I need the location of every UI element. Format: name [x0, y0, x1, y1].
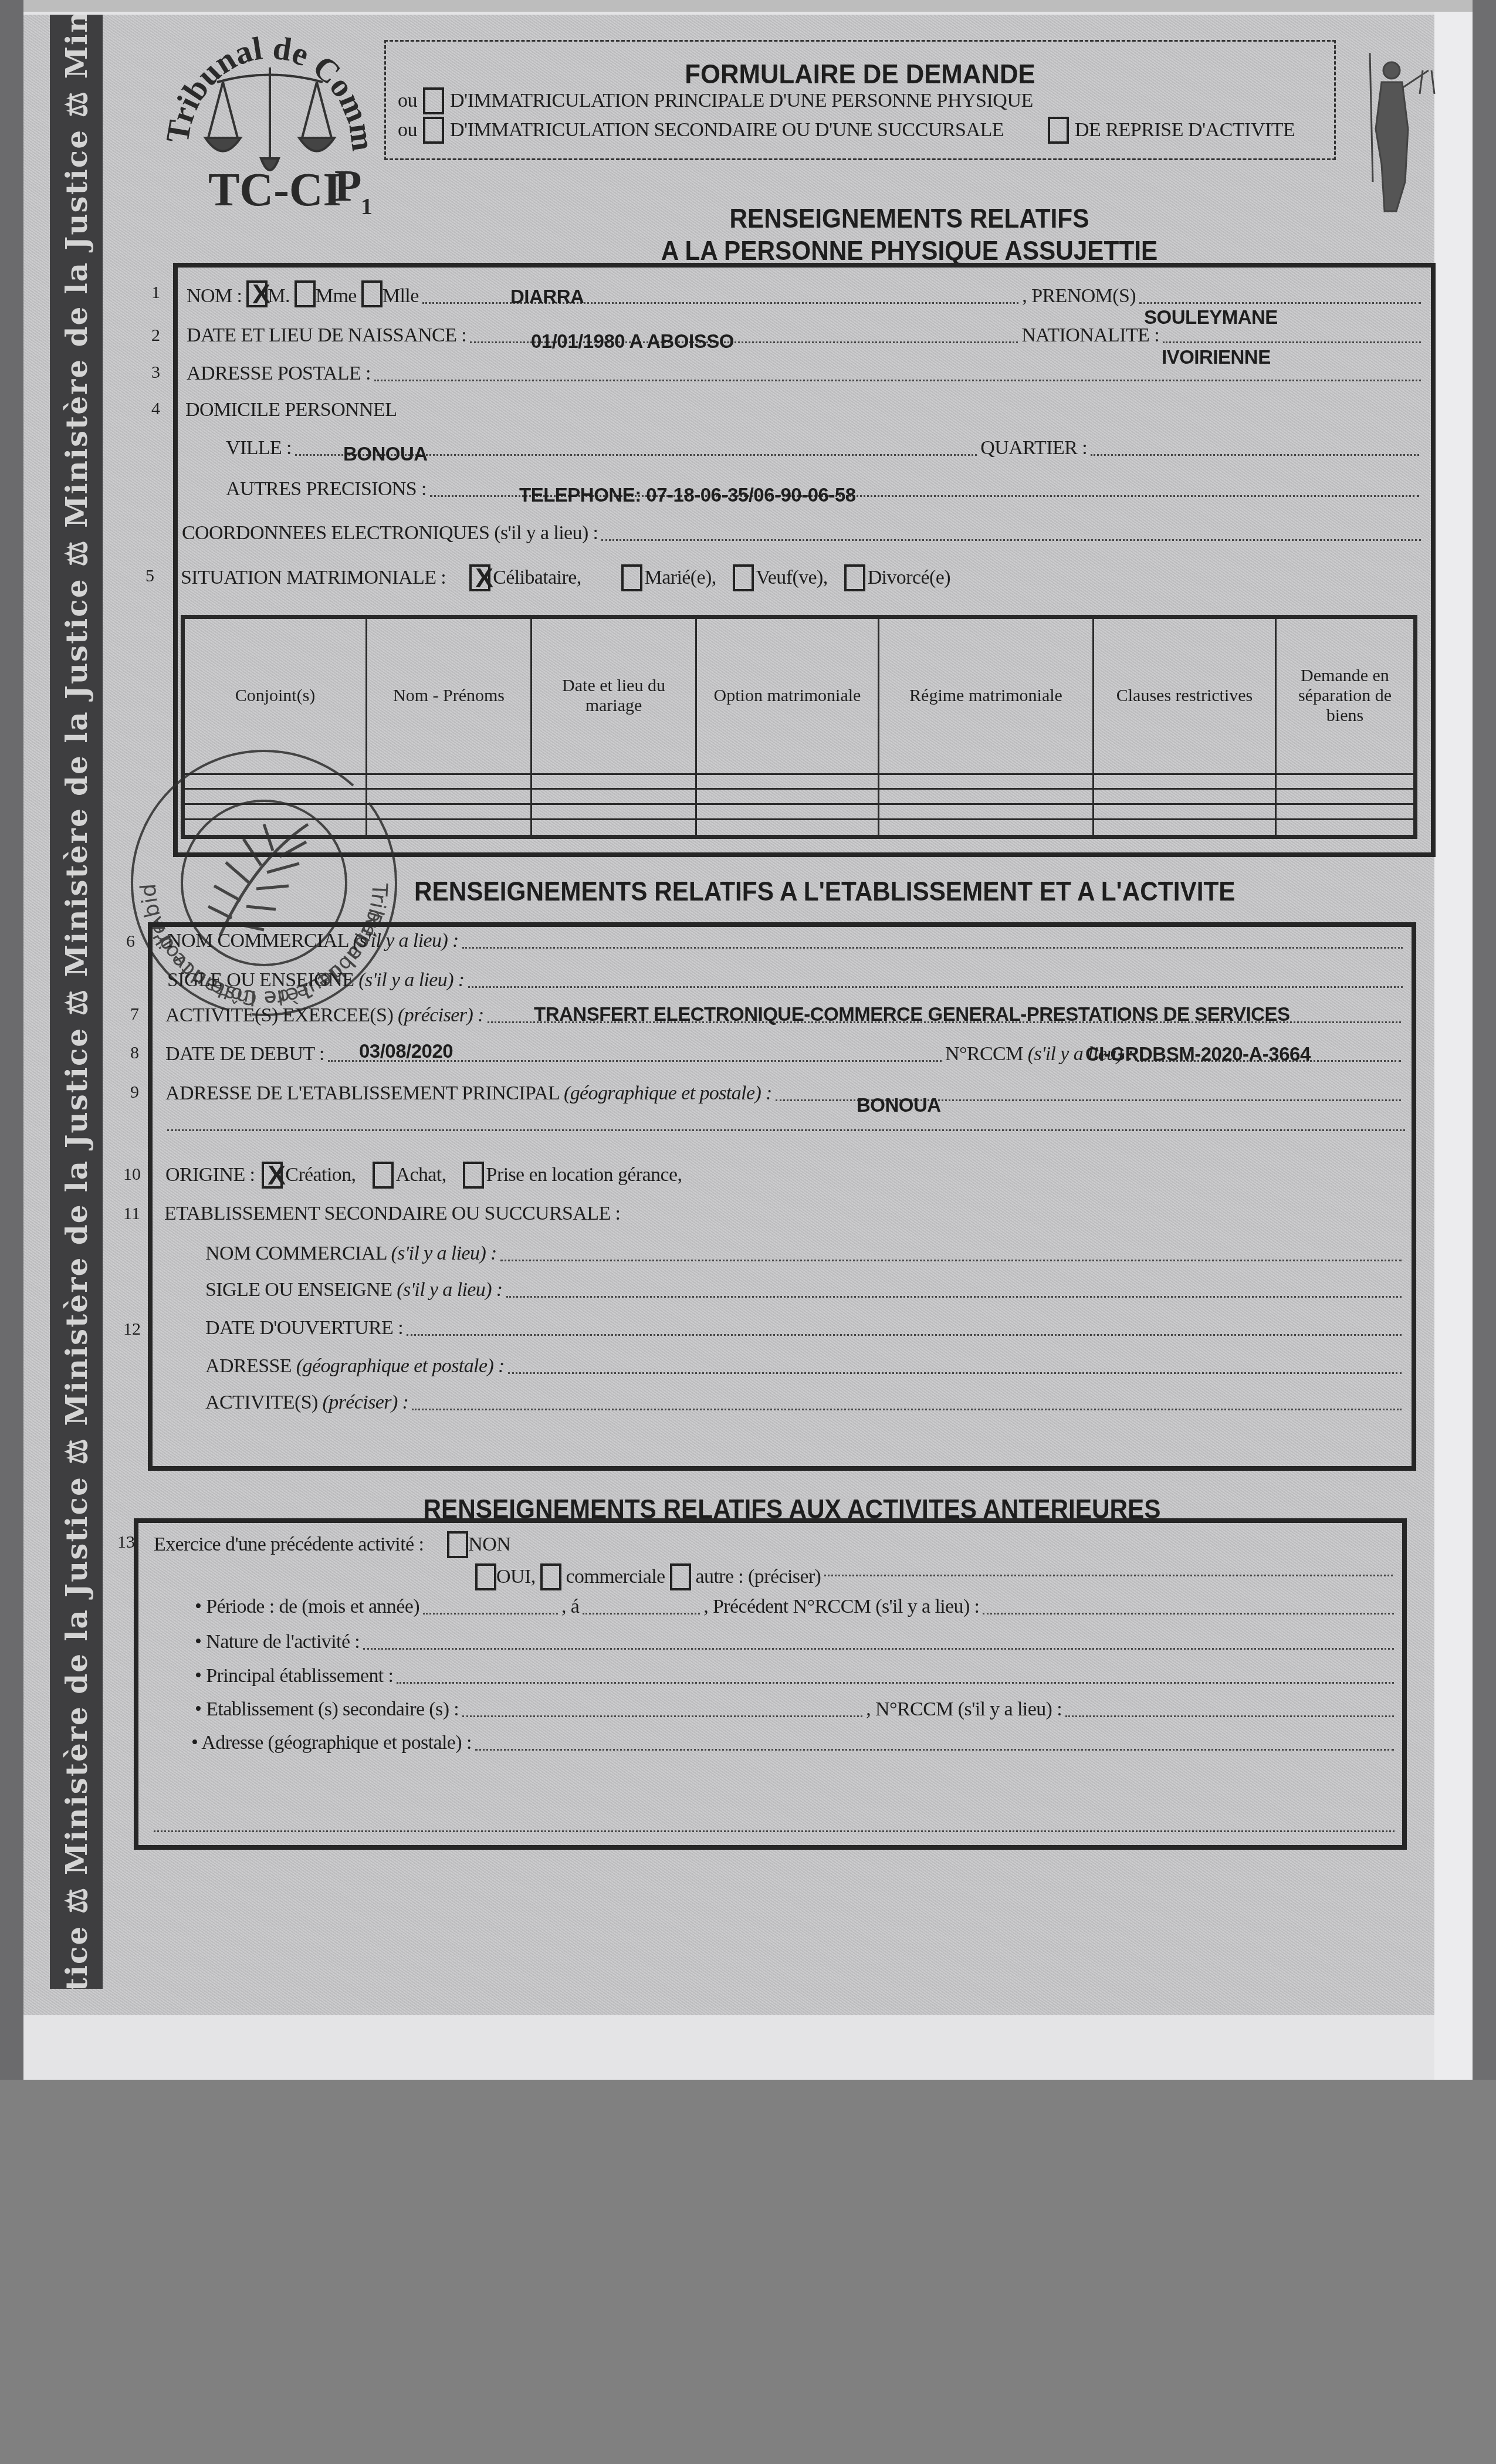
- nature-field: • Nature de l'activité :: [195, 1631, 1397, 1653]
- secondaire-field-label: SIGLE OU ENSEIGNE: [205, 1279, 392, 1301]
- table-cell[interactable]: [696, 804, 879, 820]
- option-label: NON: [468, 1534, 510, 1556]
- table-cell[interactable]: [532, 789, 696, 804]
- date-debut-label: DATE DE DEBUT :: [165, 1043, 324, 1065]
- coordonnees-field: COORDONNEES ELECTRONIQUES (s'il y a lieu…: [182, 522, 1424, 544]
- table-cell[interactable]: [879, 789, 1094, 804]
- table-cell[interactable]: [1276, 804, 1416, 820]
- scan-left-margin: [0, 0, 23, 2080]
- option-secondaire: ou D'IMMATRICULATION SECONDAIRE OU D'UNE…: [398, 117, 1325, 144]
- checkbox-non[interactable]: [447, 1531, 468, 1558]
- checkbox-immatriculation-principale[interactable]: [423, 87, 444, 114]
- checkbox-autre[interactable]: [670, 1563, 691, 1590]
- tribunal-logo: Tribunal de Commerce TC-CI P 1: [153, 12, 387, 217]
- table-cell[interactable]: [696, 774, 879, 789]
- ville-label: VILLE :: [226, 437, 292, 459]
- option-label: OUI,: [496, 1566, 536, 1588]
- side-band-text: Ministère de la Justice ⚖ Ministère de l…: [59, 15, 94, 1989]
- line-number: 11: [123, 1204, 140, 1224]
- option-label: commerciale: [566, 1566, 665, 1588]
- checkbox-divorce[interactable]: [844, 564, 865, 591]
- secondaire-rccm-label: , N°RCCM (s'il y a lieu) :: [866, 1698, 1062, 1721]
- table-cell[interactable]: [696, 819, 879, 837]
- secondaire-field-label: ADRESSE: [205, 1355, 292, 1377]
- checkbox-veuf[interactable]: [733, 564, 754, 591]
- sigle-field: SIGLE OU ENSEIGNE (s'il y a lieu) :: [167, 969, 1406, 991]
- secondaire-field-input[interactable]: [407, 1334, 1402, 1336]
- adresse-postale-field: ADRESSE POSTALE :: [187, 363, 1424, 385]
- periode-label: • Période : de (mois et année): [195, 1596, 419, 1618]
- activites-value: TRANSFERT ELECTRONIQUE-COMMERCE GENERAL-…: [534, 1003, 1290, 1025]
- checkbox-celibataire[interactable]: [469, 564, 490, 591]
- exercice-oui-field: OUI, commerciale autre : (préciser): [475, 1563, 1396, 1590]
- line-number: 9: [130, 1082, 139, 1102]
- precedent-rccm-input[interactable]: [983, 1613, 1394, 1615]
- nature-label: • Nature de l'activité :: [195, 1631, 360, 1653]
- hint-text: (s'il y a lieu) :: [391, 1243, 497, 1264]
- prenom-input[interactable]: [1139, 302, 1421, 304]
- adresse-postale-input[interactable]: [374, 380, 1421, 381]
- table-cell[interactable]: [879, 774, 1094, 789]
- checkbox-oui[interactable]: [475, 1563, 496, 1590]
- hint-text: (préciser) :: [398, 1004, 484, 1026]
- nom-commercial-field: NOM COMMERCIAL (s'il y a lieu) :: [167, 930, 1406, 952]
- table-cell[interactable]: [696, 789, 879, 804]
- option-label: Célibataire,: [493, 567, 581, 589]
- scan-top-margin: [0, 0, 1496, 12]
- adresse-anterieure-field: • Adresse (géographique et postale) :: [191, 1732, 1397, 1754]
- nature-input[interactable]: [363, 1648, 1394, 1650]
- logo-arc-text: Tribunal de Commerce: [153, 12, 381, 153]
- line-number: 13: [117, 1532, 135, 1552]
- table-cell[interactable]: [879, 819, 1094, 837]
- option-label: autre : (préciser): [696, 1566, 821, 1588]
- secondaire-field-label: NOM COMMERCIAL: [205, 1243, 387, 1264]
- secondaire-field-input[interactable]: [506, 1296, 1402, 1298]
- etablissement-secondaire-label: ETABLISSEMENT SECONDAIRE OU SUCCURSALE :: [164, 1203, 620, 1225]
- option-label: Création,: [285, 1164, 356, 1186]
- secondaire-field: ADRESSE (géographique et postale) :: [205, 1355, 1405, 1377]
- table-cell[interactable]: [532, 774, 696, 789]
- line-number: 8: [130, 1043, 139, 1063]
- logo-code: TC-CI: [208, 164, 341, 216]
- secondaire-field: SIGLE OU ENSEIGNE (s'il y a lieu) :: [205, 1279, 1405, 1301]
- sigle-label: SIGLE OU ENSEIGNE: [167, 969, 354, 991]
- table-cell[interactable]: [1094, 789, 1276, 804]
- column-header: Demande en séparation de biens: [1276, 617, 1416, 774]
- adresse-etablissement-input-line2[interactable]: [167, 1129, 1405, 1131]
- table-cell[interactable]: [1094, 819, 1276, 837]
- adresse-etablissement-field: ADRESSE DE L'ETABLISSEMENT PRINCIPAL (gé…: [165, 1082, 1404, 1105]
- paper-right-margin: [1434, 12, 1473, 2080]
- logo-form-code: P: [334, 161, 361, 211]
- nationalite-label: NATIONALITE :: [1021, 324, 1159, 347]
- origine-field: ORIGINE : Création, Achat, Prise en loca…: [165, 1162, 698, 1189]
- quartier-label: QUARTIER :: [980, 437, 1087, 459]
- option-label: Marié(e),: [645, 567, 716, 589]
- autre-input[interactable]: [824, 1575, 1393, 1576]
- civilite-label: M.: [268, 285, 290, 307]
- line-number: 3: [151, 363, 160, 383]
- nom-commercial-label: NOM COMMERCIAL: [167, 930, 348, 952]
- nom-label: NOM :: [187, 285, 242, 307]
- hint-text: (préciser) :: [323, 1392, 409, 1413]
- rccm-label: N°RCCM: [945, 1043, 1023, 1065]
- coordonnees-input[interactable]: [601, 539, 1421, 541]
- secondaire-field-label: DATE D'OUVERTURE :: [205, 1317, 403, 1339]
- request-type-box: FORMULAIRE DE DEMANDE ou D'IMMATRICULATI…: [384, 40, 1336, 160]
- adresse-etablissement-label: ADRESSE DE L'ETABLISSEMENT PRINCIPAL: [165, 1082, 559, 1104]
- section2-title: RENSEIGNEMENTS RELATIFS A L'ETABLISSEMEN…: [414, 875, 1170, 907]
- form-title: FORMULAIRE DE DEMANDE: [409, 58, 1310, 90]
- nom-field: NOM : M. Mme Mlle , PRENOM(S): [187, 280, 1424, 307]
- adresse-anterieure-label: • Adresse (géographique et postale) :: [191, 1732, 472, 1754]
- origine-label: ORIGINE :: [165, 1164, 255, 1186]
- exercice-label: Exercice d'une précédente activité :: [154, 1534, 424, 1556]
- secondaire-field-label: ACTIVITE(S): [205, 1392, 318, 1413]
- ministry-side-band: Ministère de la Justice ⚖ Ministère de l…: [50, 15, 103, 1989]
- option-label: Veuf(ve),: [756, 567, 828, 589]
- checkbox-location-gerance[interactable]: [463, 1162, 484, 1189]
- table-cell[interactable]: [1276, 789, 1416, 804]
- option-prefix: ou: [398, 119, 417, 141]
- table-cell[interactable]: [1094, 804, 1276, 820]
- adresse-postale-label: ADRESSE POSTALE :: [187, 363, 371, 385]
- checkbox-civilite-m[interactable]: [246, 280, 268, 307]
- table-cell[interactable]: [532, 804, 696, 820]
- checkbox-reprise-activite[interactable]: [1048, 117, 1069, 144]
- quartier-input[interactable]: [1091, 454, 1419, 456]
- hint-text: (s'il y a lieu) :: [353, 930, 459, 952]
- scan-bottom-area: [0, 2080, 1496, 2464]
- option-principal: ou D'IMMATRICULATION PRINCIPALE D'UNE PE…: [398, 87, 1033, 114]
- periode-a-input[interactable]: [583, 1613, 700, 1615]
- table-cell[interactable]: [1276, 819, 1416, 837]
- extra-input-line[interactable]: [154, 1830, 1395, 1832]
- nom-commercial-input[interactable]: [462, 947, 1403, 949]
- option-label: D'IMMATRICULATION SECONDAIRE OU D'UNE SU…: [450, 119, 1004, 141]
- option-label: Divorcé(e): [868, 567, 950, 589]
- checkbox-civilite-mlle[interactable]: [361, 280, 383, 307]
- section1-title-line2: A LA PERSONNE PHYSIQUE ASSUJETTIE: [559, 235, 1260, 266]
- exercice-field: Exercice d'une précédente activité : NON: [154, 1531, 510, 1558]
- line-number: 10: [123, 1165, 141, 1184]
- option-label: Prise en location gérance,: [486, 1164, 682, 1186]
- scales-of-justice-icon: Tribunal de Commerce TC-CI P 1: [153, 12, 387, 217]
- hint-text: (s'il y a lieu) :: [358, 969, 464, 991]
- column-header: Régime matrimoniale: [879, 617, 1094, 774]
- coordonnees-label: COORDONNEES ELECTRONIQUES (s'il y a lieu…: [182, 522, 598, 544]
- naissance-value: 01/01/1980 A ABOISSO: [531, 330, 734, 353]
- option-prefix: ou: [398, 90, 417, 112]
- secondaire-field-input[interactable]: [412, 1409, 1402, 1410]
- line-number: 4: [151, 399, 160, 419]
- adresse-etablissement-value: BONOUA: [857, 1094, 941, 1116]
- line-number: 2: [151, 326, 160, 346]
- column-header: Clauses restrictives: [1094, 617, 1276, 774]
- scan-right-edge: [1473, 0, 1496, 2080]
- lady-justice-icon: [1349, 47, 1437, 223]
- situation-field: SITUATION MATRIMONIALE : Célibataire, Ma…: [181, 564, 967, 591]
- hint-text: (s'il y a lieu) :: [397, 1279, 502, 1301]
- periode-field: • Période : de (mois et année) , á , Pré…: [195, 1596, 1397, 1618]
- hint-text: (géographique et postale) :: [296, 1355, 505, 1377]
- checkbox-creation[interactable]: [262, 1162, 283, 1189]
- autres-precisions-value: TELEPHONE: 07-18-06-35/06-90-06-58: [519, 484, 856, 506]
- date-debut-value: 03/08/2020: [359, 1040, 453, 1062]
- prenom-label: , PRENOM(S): [1022, 285, 1136, 307]
- periode-de-input[interactable]: [423, 1613, 558, 1615]
- situation-label: SITUATION MATRIMONIALE :: [181, 567, 446, 589]
- secondaire-anterieur-field: • Etablissement (s) secondaire (s) : , N…: [195, 1698, 1397, 1721]
- column-header: Date et lieu du mariage: [532, 617, 696, 774]
- secondaire-label: ETABLISSEMENT SECONDAIRE OU SUCCURSALE :: [164, 1203, 620, 1225]
- secondaire-field-input[interactable]: [500, 1260, 1402, 1261]
- table-cell[interactable]: [532, 819, 696, 837]
- activites-label: ACTIVITE(S) EXERCEE(S): [165, 1004, 393, 1026]
- secondaire-field: NOM COMMERCIAL (s'il y a lieu) :: [205, 1243, 1405, 1265]
- civilite-label: Mlle: [383, 285, 419, 307]
- principal-label: • Principal établissement :: [195, 1665, 393, 1687]
- table-cell[interactable]: [879, 804, 1094, 820]
- line-number: 12: [123, 1319, 141, 1339]
- checkbox-marie[interactable]: [621, 564, 642, 591]
- option-label: D'IMMATRICULATION PRINCIPALE D'UNE PERSO…: [450, 90, 1033, 112]
- principal-input[interactable]: [397, 1682, 1394, 1684]
- checkbox-achat[interactable]: [373, 1162, 394, 1189]
- secondaire-field: DATE D'OUVERTURE :: [205, 1317, 1405, 1339]
- line-number: 5: [145, 566, 154, 586]
- domicile-label: DOMICILE PERSONNEL: [185, 399, 397, 421]
- line-number: 7: [130, 1004, 139, 1024]
- section1-title-line1: RENSEIGNEMENTS RELATIFS: [612, 202, 1206, 234]
- domicile-text: DOMICILE PERSONNEL: [185, 399, 397, 421]
- table-cell[interactable]: [1094, 774, 1276, 789]
- column-header: Option matrimoniale: [696, 617, 879, 774]
- secondaire-field-input[interactable]: [508, 1372, 1402, 1374]
- logo-form-sub: 1: [361, 193, 373, 217]
- option-label: Achat,: [396, 1164, 446, 1186]
- secondaire-field: ACTIVITE(S) (préciser) :: [205, 1392, 1405, 1414]
- civilite-label: Mme: [316, 285, 357, 307]
- precedent-rccm-label: , Précédent N°RCCM (s'il y a lieu) :: [703, 1596, 979, 1618]
- rccm-value: CI-GRDBSM-2020-A-3664: [1085, 1043, 1311, 1065]
- ville-value: BONOUA: [343, 443, 428, 465]
- checkbox-civilite-mme[interactable]: [295, 280, 316, 307]
- checkbox-commerciale[interactable]: [540, 1563, 561, 1590]
- principal-field: • Principal établissement :: [195, 1665, 1397, 1687]
- nom-value: DIARRA: [510, 286, 584, 308]
- periode-a-label: , á: [561, 1596, 579, 1618]
- line-number: 6: [126, 932, 135, 952]
- naissance-label: DATE ET LIEU DE NAISSANCE :: [187, 324, 466, 347]
- svg-text:Tribunal de Commerce: Tribunal de Commerce: [153, 12, 381, 153]
- adresse-anterieure-input[interactable]: [475, 1749, 1394, 1751]
- hint-text: (géographique et postale) :: [564, 1082, 772, 1104]
- secondaire-anterieur-input[interactable]: [462, 1715, 862, 1717]
- autres-precisions-label: AUTRES PRECISIONS :: [226, 478, 427, 500]
- secondaire-rccm-input[interactable]: [1065, 1715, 1394, 1717]
- option-label: DE REPRISE D'ACTIVITE: [1075, 119, 1295, 141]
- nationalite-input[interactable]: [1163, 341, 1421, 343]
- naissance-field: DATE ET LIEU DE NAISSANCE : NATIONALITE …: [187, 324, 1424, 347]
- table-cell[interactable]: [1276, 774, 1416, 789]
- line-number: 1: [151, 283, 160, 303]
- secondaire-anterieur-label: • Etablissement (s) secondaire (s) :: [195, 1698, 459, 1721]
- checkbox-immatriculation-secondaire[interactable]: [423, 117, 444, 144]
- sigle-input[interactable]: [468, 986, 1403, 988]
